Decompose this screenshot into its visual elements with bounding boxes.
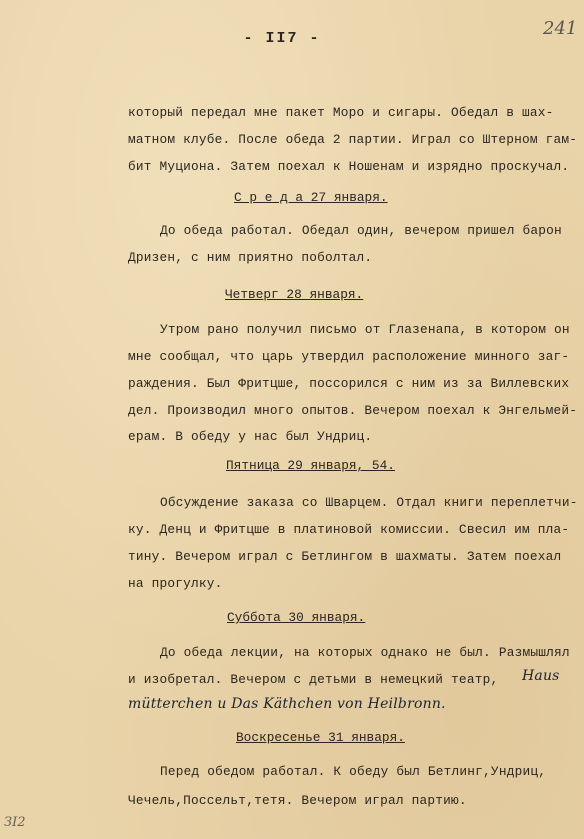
- text-line: ку. Денц и Фритцше в платиновой комиссии…: [128, 522, 569, 537]
- text-line: Дризен, с ним приятно поболтал.: [128, 250, 372, 265]
- heading-saturday: Суббота 30 января.: [227, 610, 365, 625]
- handwritten-note: mütterchen и Das Käthchen von Heilbronn.: [128, 696, 446, 712]
- text-line: Перед обедом работал. К обеду был Бетлин…: [160, 764, 546, 779]
- text-line: До обеда лекции, на которых однако не бы…: [160, 645, 570, 660]
- corner-handwritten-number: ЗІ2: [4, 815, 26, 830]
- archive-number: 241: [543, 18, 577, 39]
- text-line: Чечель,Поссельт,тетя. Вечером играл парт…: [128, 793, 467, 808]
- heading-thursday: Четверг 28 января.: [225, 287, 363, 302]
- text-line: и изобретал. Вечером с детьми в немецкий…: [128, 672, 498, 687]
- text-line: мне сообщал, что царь утвердил расположе…: [128, 349, 569, 364]
- text-line: матном клубе. После обеда 2 партии. Игра…: [128, 132, 577, 147]
- text-line: Утром рано получил письмо от Глазенапа, …: [160, 322, 570, 337]
- text-line: дел. Производил много опытов. Вечером по…: [128, 403, 577, 418]
- heading-wednesday: С р е д а 27 января.: [234, 190, 388, 205]
- text-line: Обсуждение заказа со Шварцем. Отдал книг…: [160, 495, 578, 510]
- text-line: тину. Вечером играл с Бетлингом в шахмат…: [128, 549, 561, 564]
- document-page: - II7 - 241 который передал мне пакет Мо…: [0, 0, 584, 839]
- text-line: ерам. В обеду у нас был Ундриц.: [128, 429, 372, 444]
- text-line: раждения. Был Фритцше, поссорился с ним …: [128, 376, 569, 391]
- text-line: на прогулку.: [128, 576, 223, 591]
- text-line: бит Муциона. Затем поехал к Ношенам и из…: [128, 159, 569, 174]
- heading-sunday: Воскресенье 31 января.: [236, 730, 405, 745]
- page-number: - II7 -: [0, 30, 574, 47]
- text-line: До обеда работал. Обедал один, вечером п…: [160, 223, 562, 238]
- handwritten-note: Haus: [522, 668, 560, 684]
- text-line: который передал мне пакет Моро и сигары.…: [128, 105, 554, 120]
- heading-friday: Пятница 29 января, 54.: [226, 458, 395, 473]
